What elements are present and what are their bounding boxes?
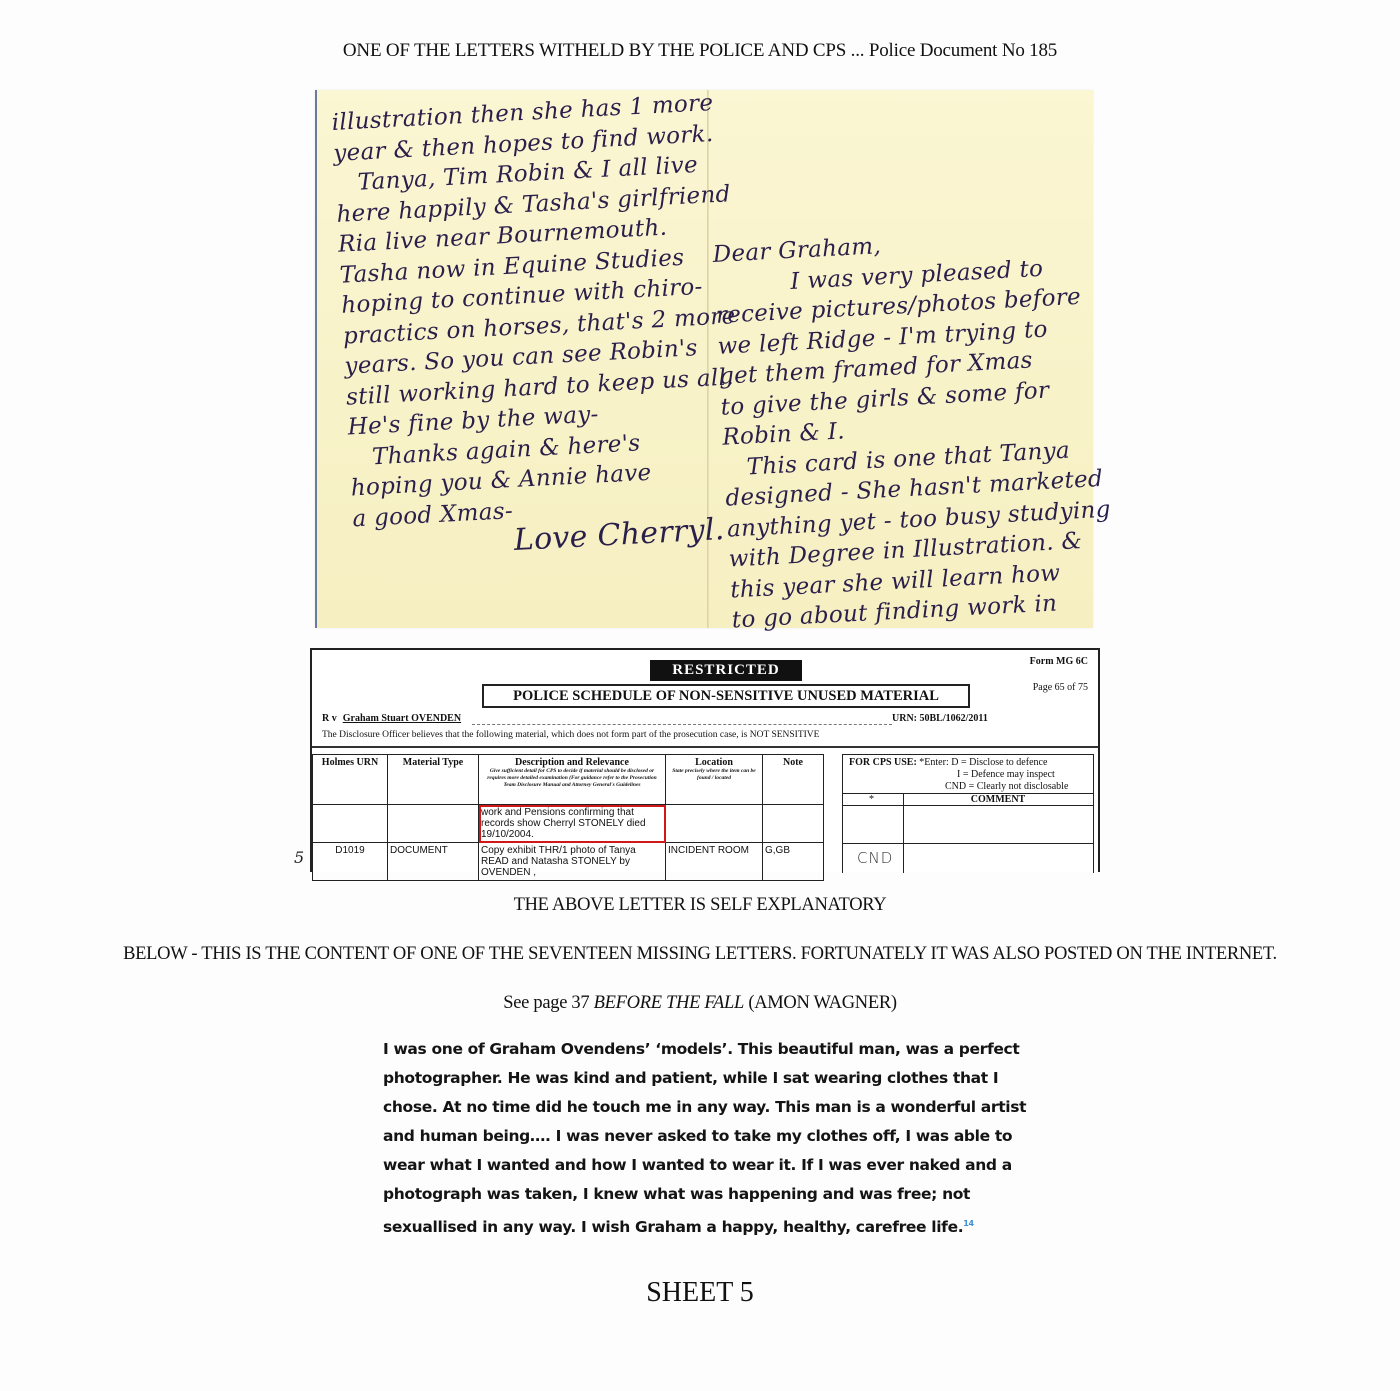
cell-material-type: DOCUMENT [388,843,479,881]
divider [843,843,1093,844]
col-holmes-urn: Holmes URN [313,755,388,805]
defendant-name: Graham Stuart OVENDEN [343,713,461,724]
col-description-note: Give sufficient detail for CPS to decide… [481,768,663,789]
cell-holmes-urn: D1019 [313,843,388,881]
cell-location [666,805,763,843]
letter-right-page: Dear Graham, I was very pleased toreceiv… [712,220,1116,636]
divider [843,805,1093,806]
restricted-banner: RESTRICTED [650,660,802,681]
police-schedule-form: RESTRICTED POLICE SCHEDULE OF NON-SENSIT… [310,648,1100,872]
testimonial-quote: I was one of Graham Ovendens’ ‘models’. … [383,1035,1043,1242]
source-prefix: See page 37 [503,993,593,1013]
col-material-type: Material Type [388,755,479,805]
page-heading: ONE OF THE LETTERS WITHELD BY THE POLICE… [0,40,1400,62]
cps-label: FOR CPS USE: [849,757,917,768]
case-reference: R vGraham Stuart OVENDEN [322,713,461,724]
form-id: Form MG 6C [1030,656,1088,667]
cps-star-col: * [869,794,874,805]
cell-material-type [388,805,479,843]
table-row: work and Pensions confirming that record… [313,805,824,843]
col-description: Description and RelevanceGive sufficient… [479,755,666,805]
page-count: Page 65 of 75 [1033,682,1088,693]
quote-text: I was one of Graham Ovendens’ ‘models’. … [383,1040,1026,1236]
col-location-label: Location [695,757,733,768]
cell-location: INCIDENT ROOM [666,843,763,881]
divider [312,746,1098,748]
cps-key-d: *Enter: D = Disclose to defence [919,757,1047,768]
disclosure-statement: The Disclosure Officer believes that the… [322,730,819,740]
cps-key: FOR CPS USE: *Enter: D = Disclose to def… [849,757,1068,793]
cps-key-cnd: CND = Clearly not disclosable [849,781,1068,793]
cell-holmes-urn [313,805,388,843]
cell-note: G,GB [763,843,824,881]
col-location-note: State precisely where the item can be fo… [668,768,760,782]
caption-missing-letters: BELOW - THIS IS THE CONTENT OF ONE OF TH… [0,944,1400,965]
cps-decision-handwritten: CND [857,849,893,867]
margin-mark: 5 [294,848,304,867]
col-location: LocationState precisely where the item c… [666,755,763,805]
cps-use-panel: FOR CPS USE: *Enter: D = Disclose to def… [842,754,1094,873]
source-title: BEFORE THE FALL [594,993,744,1013]
col-description-label: Description and Relevance [515,757,629,768]
table-row: D1019 DOCUMENT Copy exhibit THR/1 photo … [313,843,824,881]
rv-prefix: R v [322,713,337,724]
material-table: Holmes URN Material Type Description and… [312,754,824,881]
cps-comment-col: COMMENT [903,794,1093,805]
cps-key-i: I = Defence may inspect [849,769,1068,781]
letter-photo: illustration then she has 1 moreyear & t… [315,90,1093,628]
divider [472,724,892,725]
source-suffix: (AMON WAGNER) [744,993,897,1013]
caption-self-explanatory: THE ABOVE LETTER IS SELF EXPLANATORY [0,895,1400,916]
letter-left-page: illustration then she has 1 moreyear & t… [331,87,749,565]
sheet-number: SHEET 5 [0,1277,1400,1309]
caption-source: See page 37 BEFORE THE FALL (AMON WAGNER… [0,993,1400,1014]
form-title: POLICE SCHEDULE OF NON-SENSITIVE UNUSED … [482,684,970,708]
cell-note [763,805,824,843]
footnote-ref[interactable]: 14 [963,1219,973,1228]
col-note: Note [763,755,824,805]
urn: URN: 50BL/1062/2011 [892,713,988,724]
cell-description: Copy exhibit THR/1 photo of Tanya READ a… [479,843,666,881]
cell-description-highlighted: work and Pensions confirming that record… [479,805,666,843]
